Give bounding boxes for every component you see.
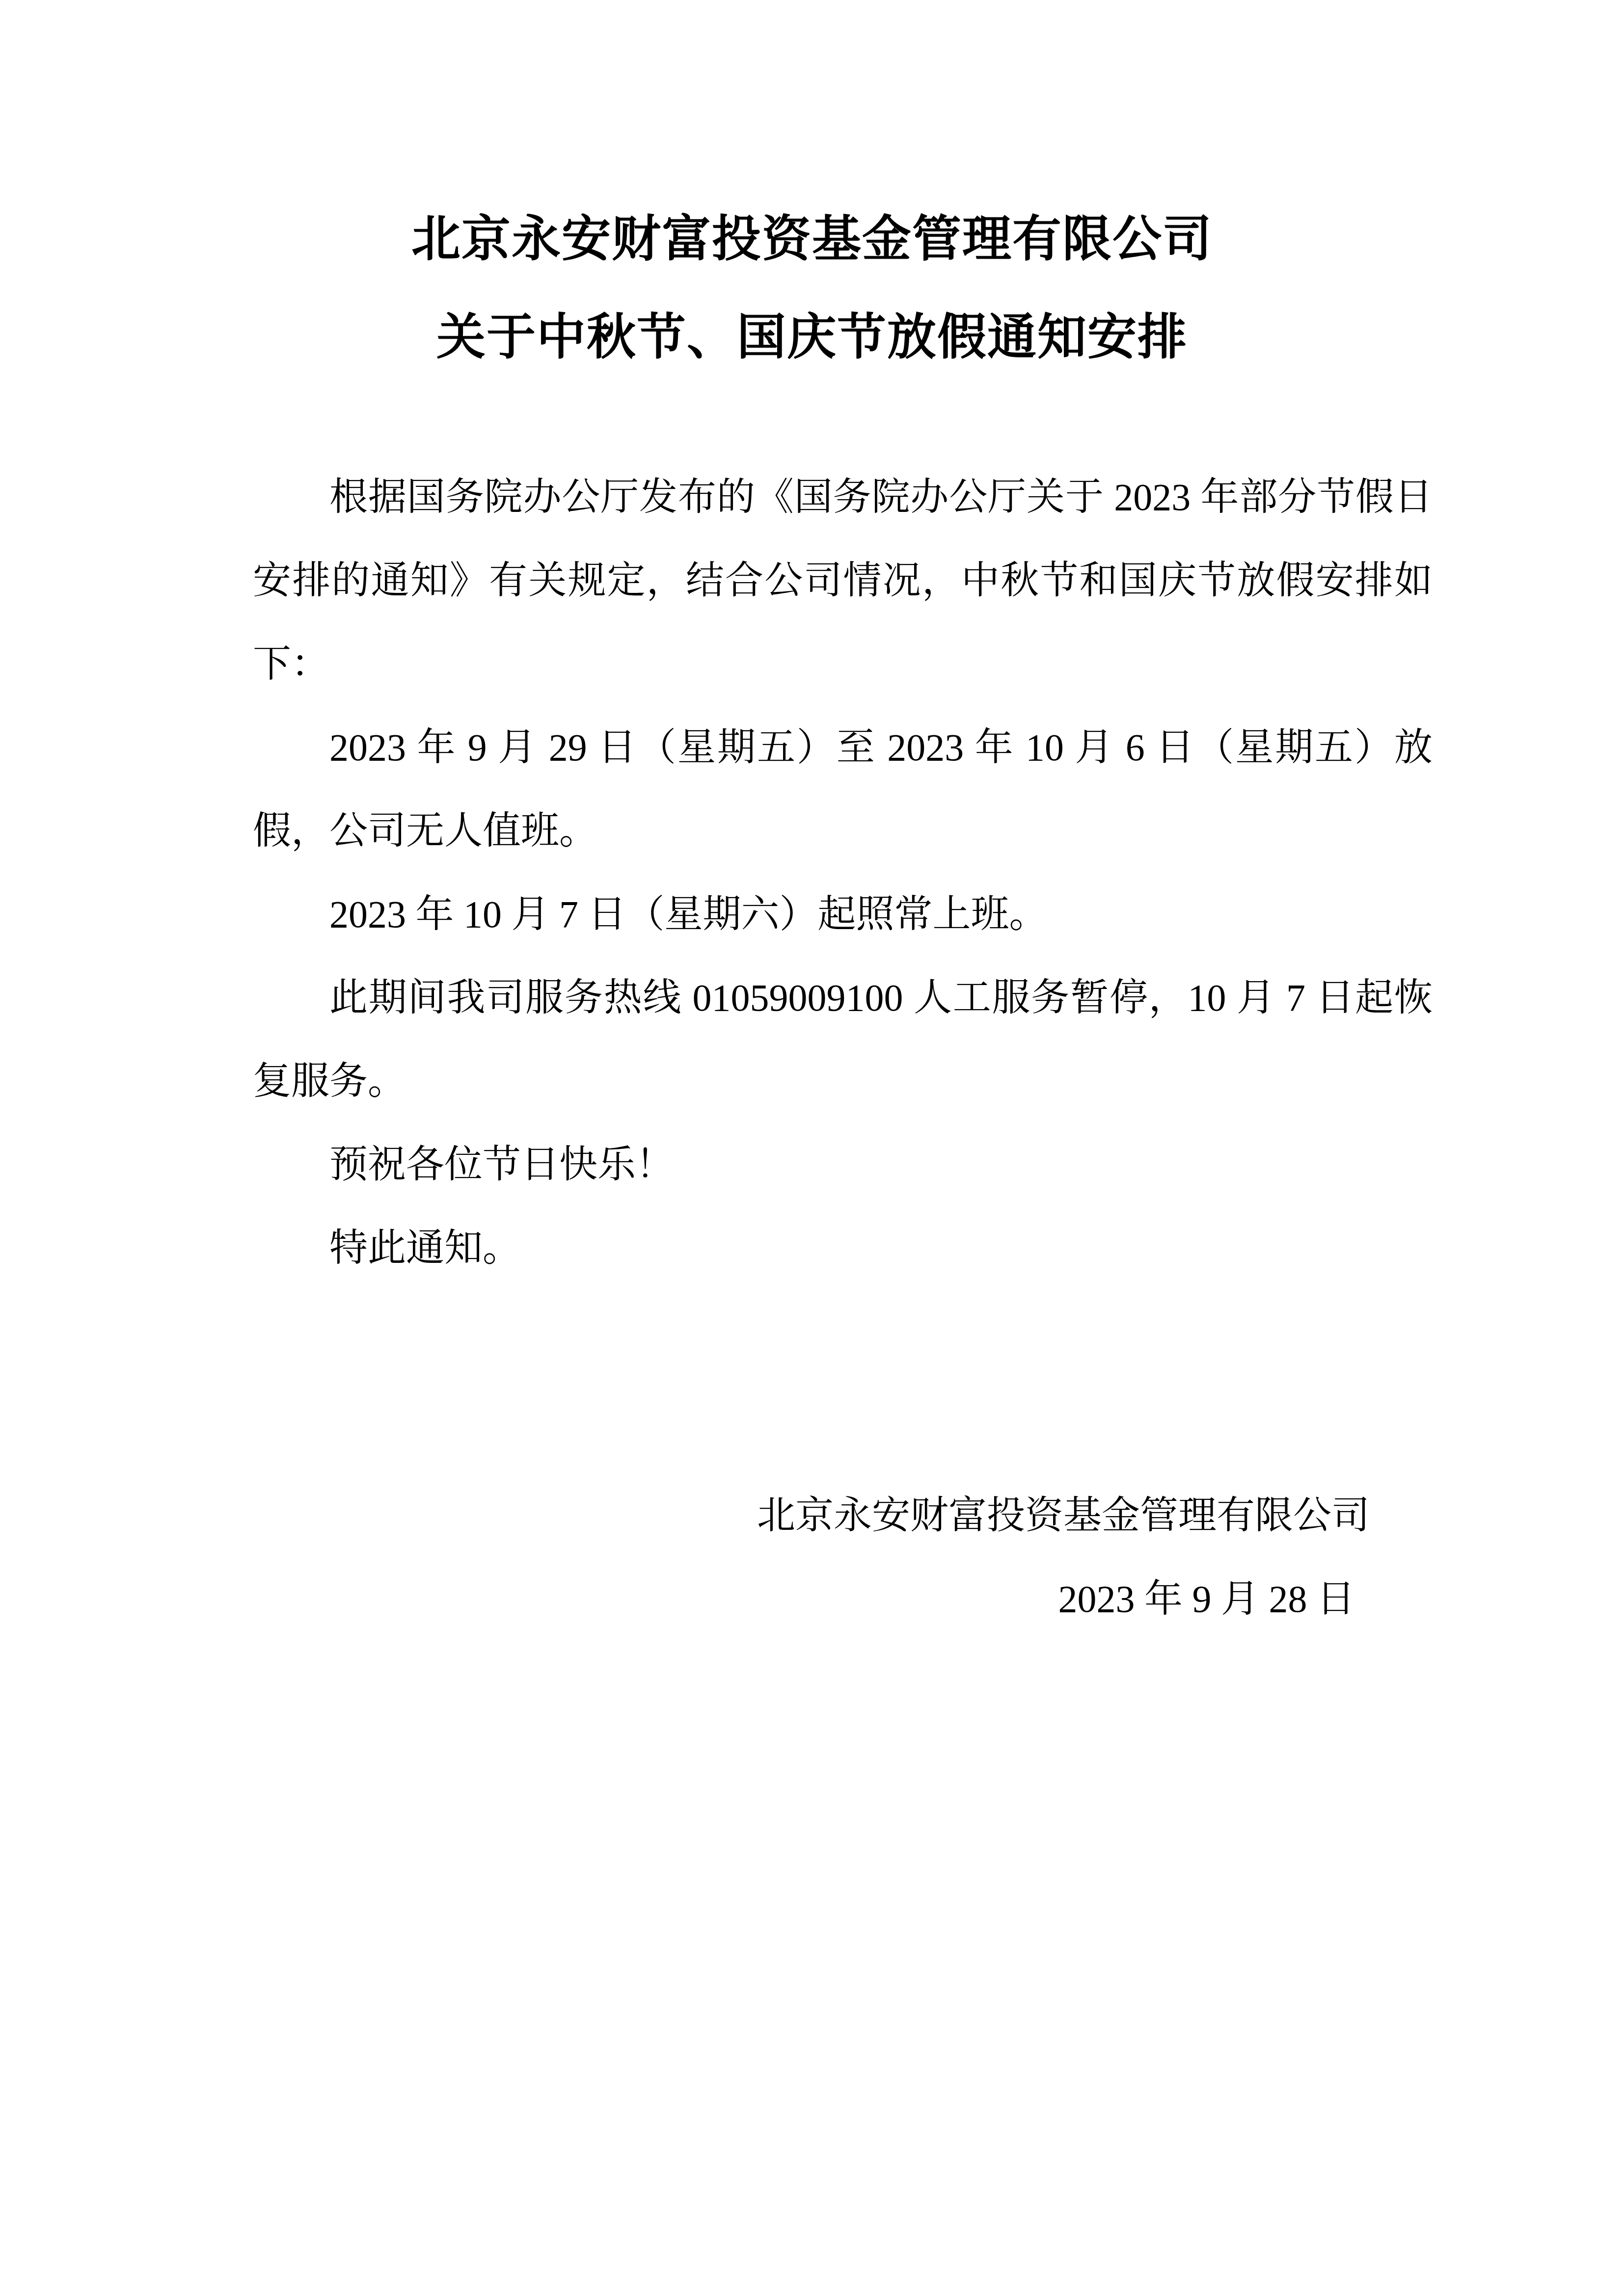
paragraph-basis: 根据国务院办公厅发布的《国务院办公厅关于 2023 年部分节假日安排的通知》有关… [253,455,1433,706]
paragraph-return-to-work: 2023 年 10 月 7 日（星期六）起照常上班。 [253,873,1433,956]
document-title: 北京永安财富投资基金管理有限公司 关于中秋节、国庆节放假通知安排 [0,0,1624,387]
title-line-company: 北京永安财富投资基金管理有限公司 [0,190,1624,289]
paragraph-closing: 特此通知。 [253,1206,1433,1290]
document-page: 北京永安财富投资基金管理有限公司 关于中秋节、国庆节放假通知安排 根据国务院办公… [0,0,1624,2296]
signature-company: 北京永安财富投资基金管理有限公司 [0,1474,1370,1557]
signature-date: 2023 年 9 月 28 日 [0,1557,1370,1641]
paragraph-hotline: 此期间我司服务热线 01059009100 人工服务暂停，10 月 7 日起恢复… [253,956,1433,1123]
title-line-subject: 关于中秋节、国庆节放假通知安排 [0,289,1624,387]
paragraph-wishes: 预祝各位节日快乐！ [253,1123,1433,1206]
paragraph-holiday-dates: 2023 年 9 月 29 日（星期五）至 2023 年 10 月 6 日（星期… [253,706,1433,873]
signature-block: 北京永安财富投资基金管理有限公司 2023 年 9 月 28 日 [0,1474,1624,1641]
document-body: 根据国务院办公厅发布的《国务院办公厅关于 2023 年部分节假日安排的通知》有关… [0,455,1624,1290]
